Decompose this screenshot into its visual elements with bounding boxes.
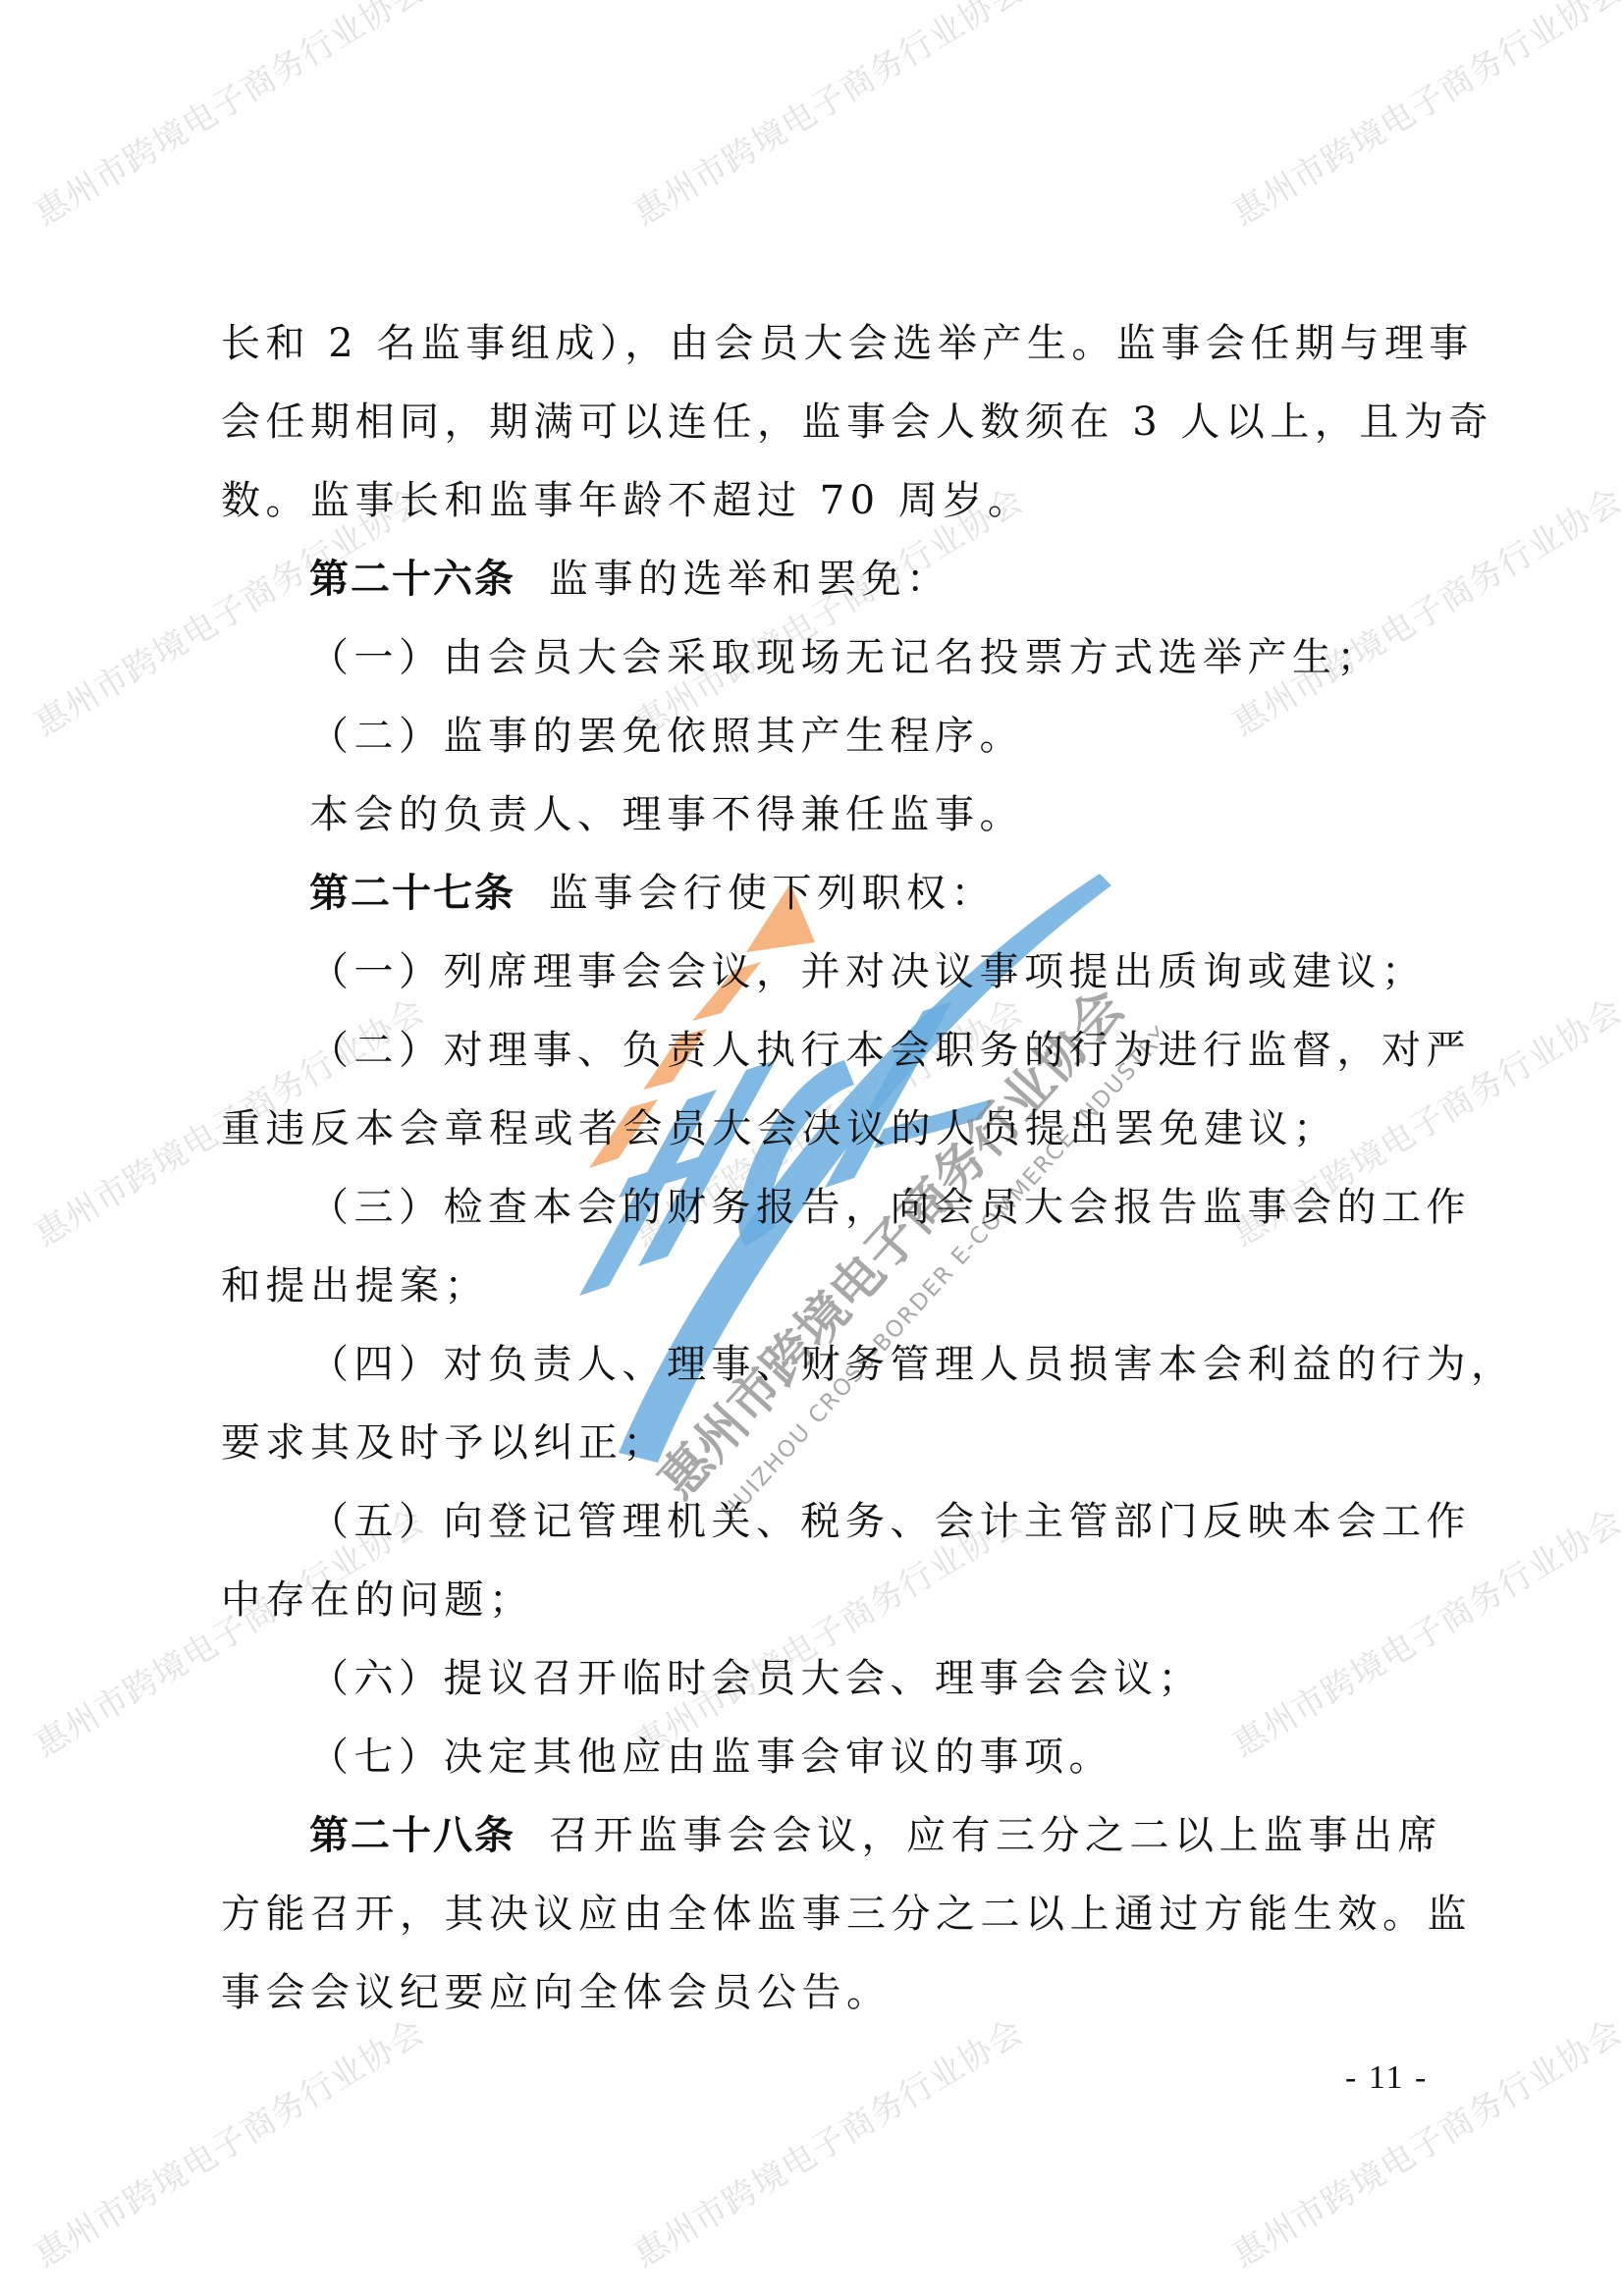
list-item: （四）对负责人、理事、财务管理人员损害本会利益的行为， — [221, 1325, 1429, 1404]
document-page: 惠州市跨境电子商务行业协会 惠州市跨境电子商务行业协会 惠州市跨境电子商务行业协… — [0, 0, 1624, 2296]
watermark-text: 惠州市跨境电子商务行业协会 — [1222, 2005, 1624, 2276]
article-title: 监事的选举和罢免： — [549, 557, 951, 602]
list-item: （二）对理事、负责人执行本会职务的行为进行监督，对严 — [221, 1011, 1429, 1090]
page-number: - 11 - — [1345, 2059, 1428, 2097]
article-number: 第二十七条 — [309, 871, 515, 916]
article-text: 召开监事会会议，应有三分之二以上监事出席 — [549, 1813, 1442, 1858]
list-item: （一）由会员大会采取现场无记名投票方式选举产生； — [221, 618, 1429, 697]
document-body: 长和 2 名监事组成），由会员大会选举产生。监事会任期与理事 会任期相同，期满可… — [221, 304, 1429, 2032]
article-note: 本会的负责人、理事不得兼任监事。 — [221, 775, 1429, 854]
article-number: 第二十八条 — [309, 1813, 515, 1858]
list-item: （七）决定其他应由监事会审议的事项。 — [221, 1718, 1429, 1796]
list-item: （五）向登记管理机关、税务、会计主管部门反映本会工作 — [221, 1482, 1429, 1561]
article-28-heading: 第二十八条召开监事会会议，应有三分之二以上监事出席 — [221, 1796, 1429, 1875]
paragraph-line: 事会会议纪要应向全体会员公告。 — [221, 1953, 1429, 2032]
list-item: （六）提议召开临时会员大会、理事会会议； — [221, 1639, 1429, 1718]
watermark-text: 惠州市跨境电子商务行业协会 — [623, 2005, 1031, 2276]
paragraph-line: 会任期相同，期满可以连任，监事会人数须在 3 人以上，且为奇 — [221, 383, 1429, 461]
paragraph-line: 长和 2 名监事组成），由会员大会选举产生。监事会任期与理事 — [221, 304, 1429, 383]
watermark-text: 惠州市跨境电子商务行业协会 — [25, 2005, 432, 2276]
article-number: 第二十六条 — [309, 557, 515, 602]
list-item-continuation: 中存在的问题； — [221, 1561, 1429, 1639]
list-item: （一）列席理事会会议，并对决议事项提出质询或建议； — [221, 933, 1429, 1011]
list-item: （二）监事的罢免依照其产生程序。 — [221, 697, 1429, 775]
list-item-continuation: 重违反本会章程或者会员大会决议的人员提出罢免建议； — [221, 1090, 1429, 1168]
watermark-text: 惠州市跨境电子商务行业协会 — [25, 0, 432, 235]
watermark-text: 惠州市跨境电子商务行业协会 — [623, 0, 1031, 235]
article-title: 监事会行使下列职权： — [549, 871, 996, 916]
paragraph-line: 数。监事长和监事年龄不超过 70 周岁。 — [221, 461, 1429, 540]
article-27-heading: 第二十七条监事会行使下列职权： — [221, 854, 1429, 933]
paragraph-line: 方能召开，其决议应由全体监事三分之二以上通过方能生效。监 — [221, 1875, 1429, 1953]
watermark-text: 惠州市跨境电子商务行业协会 — [1222, 0, 1624, 235]
list-item-continuation: 和提出提案； — [221, 1247, 1429, 1325]
article-26-heading: 第二十六条监事的选举和罢免： — [221, 540, 1429, 618]
list-item: （三）检查本会的财务报告，向会员大会报告监事会的工作 — [221, 1168, 1429, 1247]
list-item-continuation: 要求其及时予以纠正； — [221, 1404, 1429, 1482]
